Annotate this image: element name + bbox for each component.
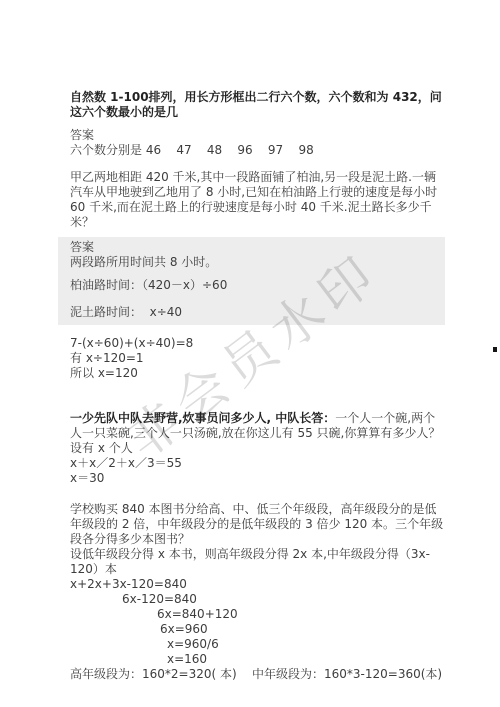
problem4-equation-5: x=960/6 — [167, 637, 444, 652]
problem4-setup: 设低年级段分得 x 本书，则高年级段分得 2x 本,中年级段分得（3x-120）… — [70, 547, 444, 577]
problem4-question: 学校购买 840 本图书分给高、中、低三个年级段，高年级段分的是低年级段的 2 … — [70, 502, 444, 547]
problem2-dirt-time: 泥土路时间： x÷40 — [70, 305, 445, 320]
problem2-work-result: 所以 x=120 — [70, 366, 444, 381]
document-content: 自然数 1-100排列，用长方形框出二行六个数，六个数和为 432，问这六个数最… — [70, 0, 444, 682]
problem2-work-step: 有 x÷120=1 — [70, 351, 444, 366]
problem4-conclusion-high: 高年级段为：160*2=320( 本) — [70, 667, 237, 681]
problem2-answer-box: 答案 两段路所用时间共 8 小时。 柏油路时间：（420－x）÷60 泥土路时间… — [58, 237, 445, 325]
problem3-question-lead: 一少先队中队去野营,炊事员问多少人, 中队长答： — [70, 411, 335, 425]
problem2-answer-label: 答案 — [70, 240, 445, 255]
problem3-equation: x＋x／2＋x／3＝55 — [70, 456, 444, 471]
problem2-asphalt-time: 柏油路时间：（420－x）÷60 — [70, 278, 445, 293]
problem1-question: 自然数 1-100排列，用长方形框出二行六个数，六个数和为 432，问这六个数最… — [70, 90, 444, 120]
document-page: 非会员水印 自然数 1-100排列，用长方形框出二行六个数，六个数和为 432，… — [0, 0, 500, 707]
stray-ink-dot — [493, 347, 497, 352]
problem4-conclusions: 高年级段为：160*2=320( 本) 中年级段为：160*3-120=360(… — [70, 667, 444, 682]
problem2-question: 甲乙两地相距 420 千米,其中一段路面铺了柏油,另一段是泥土路.一辆汽车从甲地… — [70, 170, 444, 230]
problem4-equation-3: 6x=840+120 — [157, 607, 444, 622]
problem2-work-equation: 7-(x÷60)+(x÷40)=8 — [70, 336, 444, 351]
problem3-result: x＝30 — [70, 471, 444, 486]
problem4-equation-1: x+2x+3x-120=840 — [70, 577, 444, 592]
problem3-setup: 设有 x 个人 — [70, 441, 444, 456]
problem4-equation-4: 6x=960 — [160, 622, 444, 637]
problem4-conclusion-mid: 中年级段为：160*3-120=360(本) — [252, 667, 442, 682]
problem1-answer-values: 六个数分别是 46 47 48 96 97 98 — [70, 143, 444, 158]
problem4-equation-2: 6x-120=840 — [122, 592, 444, 607]
problem3-question: 一少先队中队去野营,炊事员问多少人, 中队长答：一个人一个碗,两个人一只菜碗,三… — [70, 411, 444, 441]
problem2-answer-intro: 两段路所用时间共 8 小时。 — [70, 255, 445, 270]
problem4-equation-6: x=160 — [167, 652, 444, 667]
problem1-answer-label: 答案 — [70, 128, 444, 143]
